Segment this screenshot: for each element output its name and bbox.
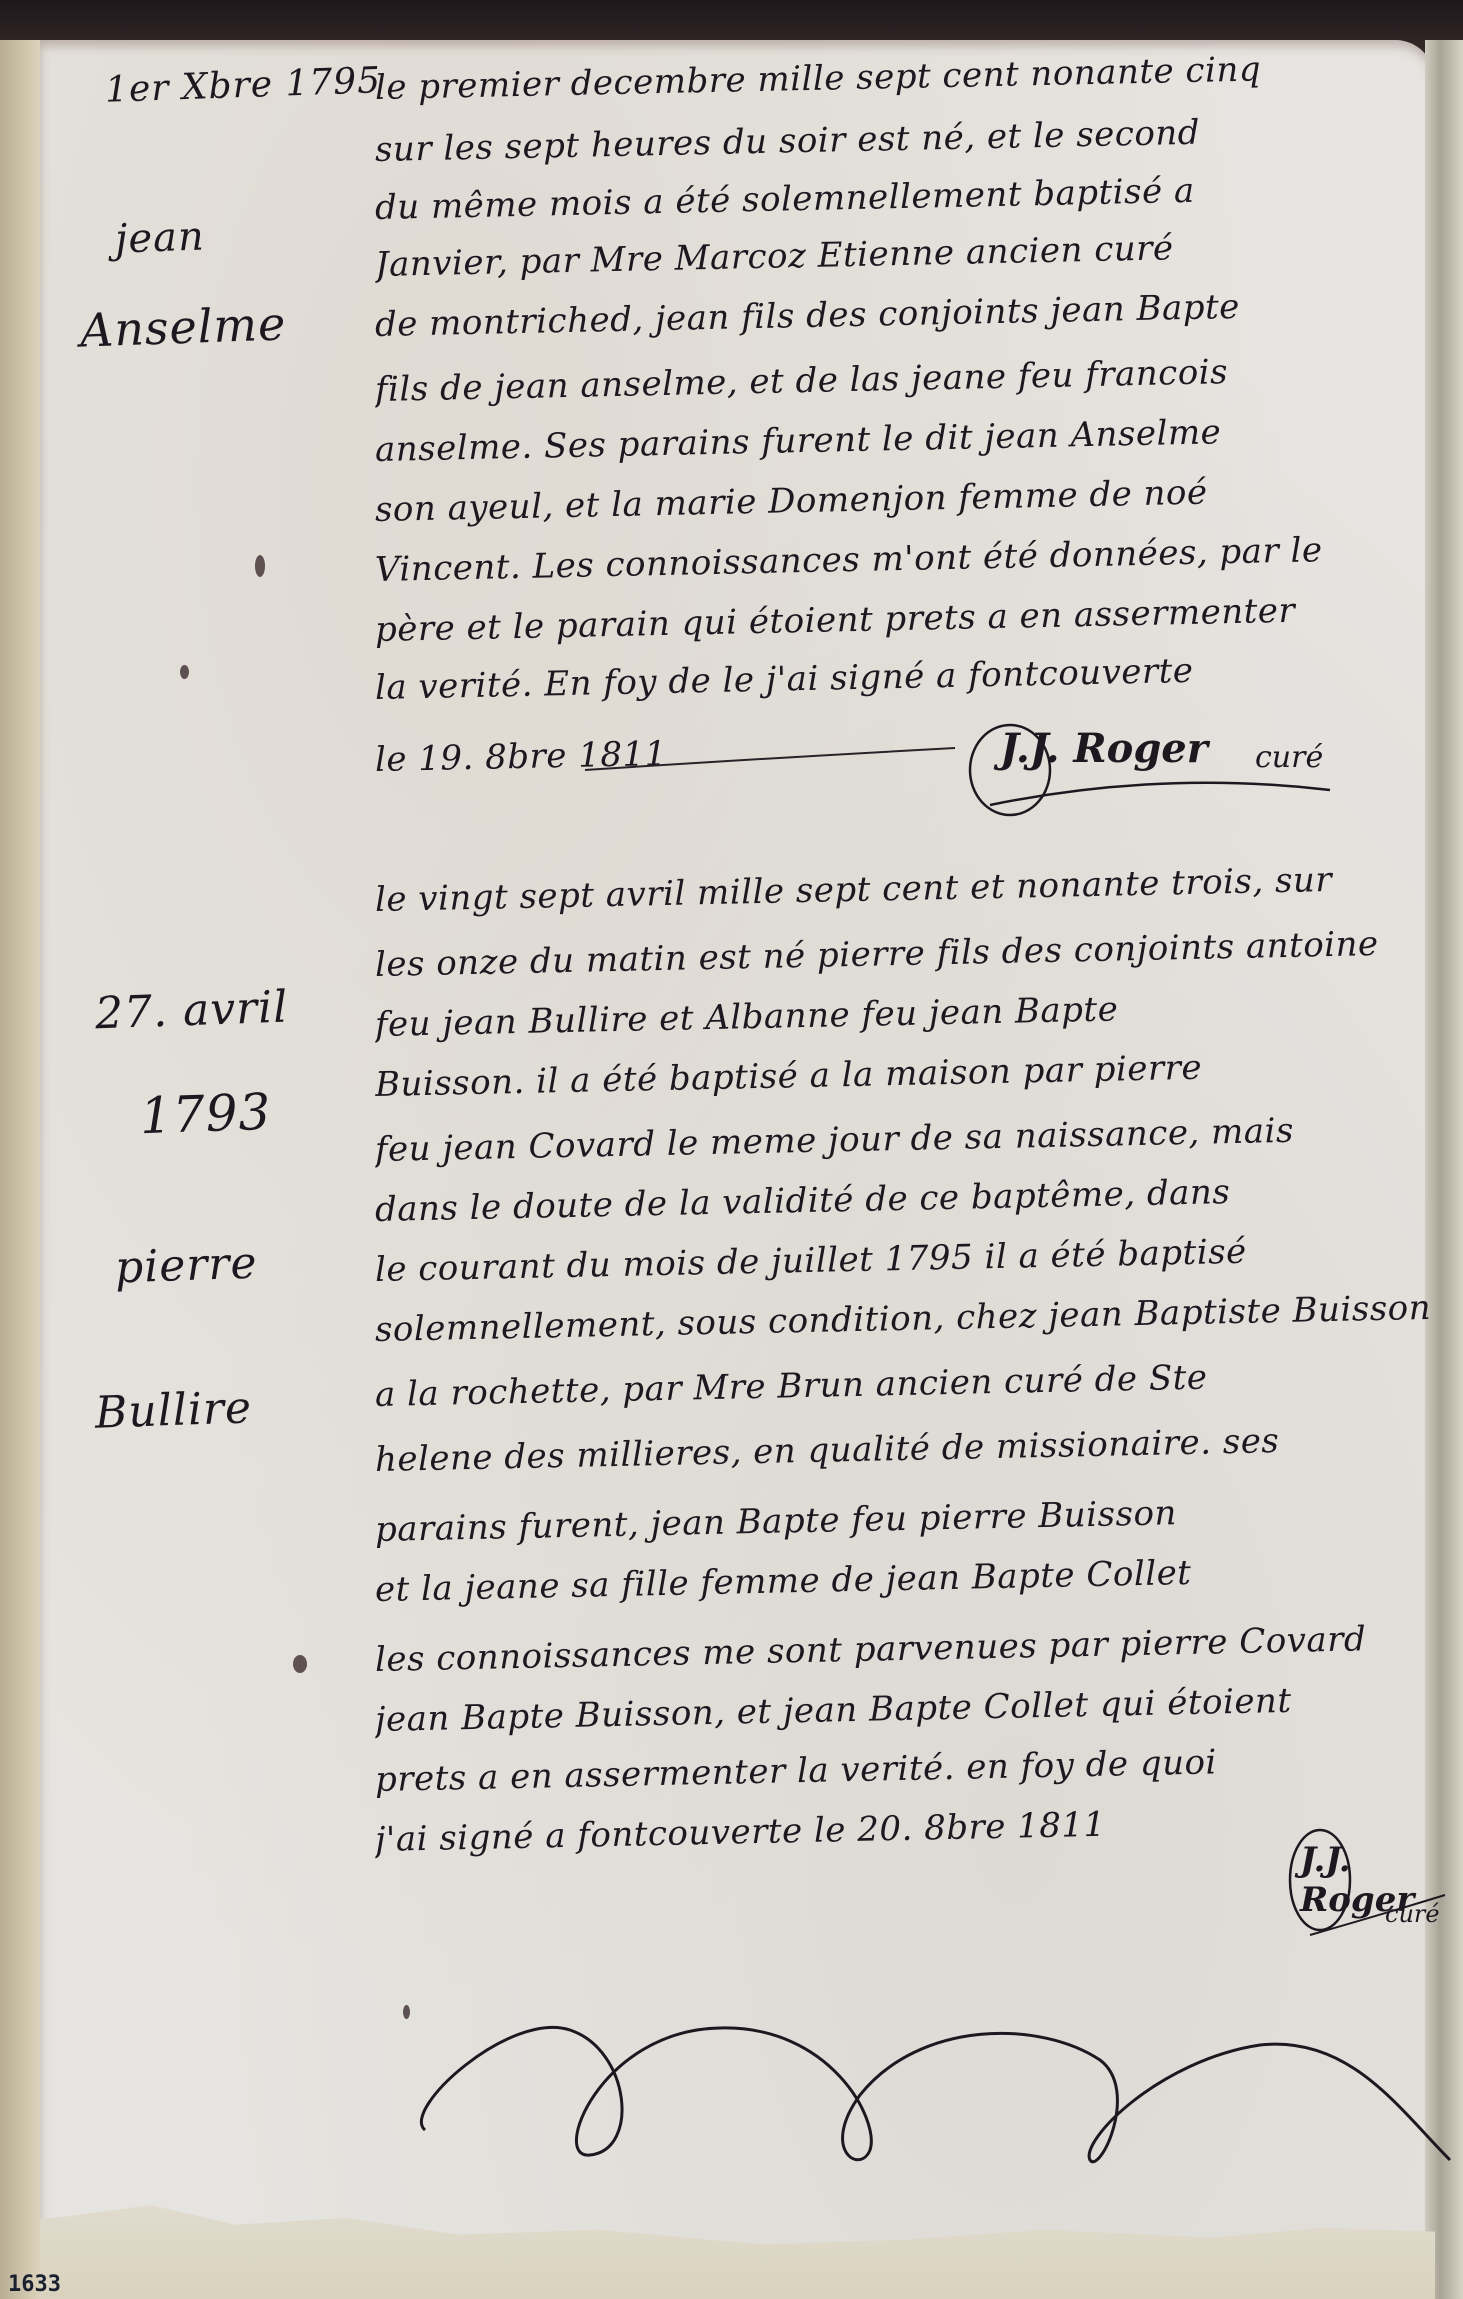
entry-2-margin-first-name: pierre: [114, 1238, 258, 1294]
entry-1-margin-first-name: jean: [114, 213, 205, 262]
edge-stamp-number: 1633: [8, 2272, 61, 2297]
ink-stain: [403, 2005, 410, 2019]
closing-flourish: [400, 2000, 1460, 2180]
divider-stroke: [580, 740, 960, 780]
ink-stain: [293, 1655, 307, 1673]
entry-2-margin-date: 27. avril: [94, 982, 289, 1040]
signature-paraph: [1280, 1820, 1450, 1950]
entry-2-margin-year: 1793: [139, 1083, 272, 1146]
ink-stain: [255, 555, 265, 577]
signature-paraph: [960, 715, 1340, 825]
entry-1-margin-last-name: Anselme: [79, 296, 287, 357]
entry-2-margin-last-name: Bullire: [94, 1382, 253, 1438]
ink-stain: [180, 665, 189, 679]
